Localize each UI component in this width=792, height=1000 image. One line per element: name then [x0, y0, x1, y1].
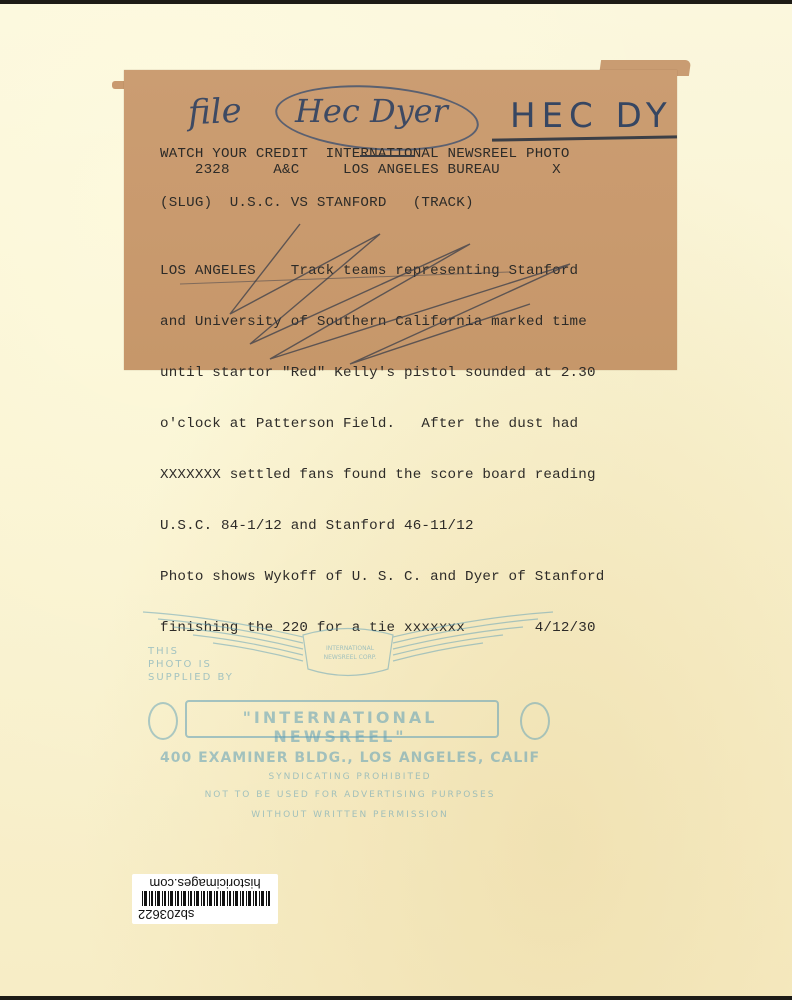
stamp-permission: WITHOUT WRITTEN PERMISSION — [145, 810, 555, 820]
stamp-scroll-left — [148, 702, 178, 740]
caption-line: Photo shows Wykoff of U. S. C. and Dyer … — [160, 569, 604, 586]
archive-id: sbz03622 — [138, 907, 278, 922]
photo-back-paper: file Hec Dyer HEC DY WATCH YOUR CREDIT I… — [0, 4, 792, 996]
caption-slug: (SLUG) U.S.C. VS STANFORD (TRACK) — [160, 195, 474, 212]
caption-header-line2: 2328 A&C LOS ANGELES BUREAU X — [160, 162, 561, 179]
caption-line: U.S.C. 84-1/12 and Stanford 46-11/12 — [160, 518, 604, 535]
stamp-syndicating: SYNDICATING PROHIBITED — [145, 772, 555, 782]
stamp-scroll-right — [520, 702, 550, 740]
stamp-address: 400 EXAMINER BLDG., LOS ANGELES, CALIF — [145, 750, 555, 766]
barcode-icon — [140, 891, 270, 906]
caption-line: XXXXXXX settled fans found the score boa… — [160, 467, 604, 484]
caption-line: o'clock at Patterson Field. After the du… — [160, 416, 604, 433]
stamp-usage-restriction: NOT TO BE USED FOR ADVERTISING PURPOSES — [145, 790, 555, 800]
pencil-scribble — [150, 214, 690, 374]
handwritten-caps-name: HEC DY — [510, 96, 675, 136]
archive-barcode-label: sbz03622 historicimages.com — [132, 874, 278, 924]
stamp-shield-text: INTERNATIONAL NEWSREEL CORP. — [300, 644, 400, 662]
stamp-supplied-by: THIS PHOTO IS SUPPLIED BY — [148, 645, 234, 684]
handwritten-name: Hec Dyer — [295, 92, 448, 130]
archive-site: historicimages.com — [132, 876, 278, 891]
strikethrough — [360, 155, 415, 157]
handwritten-file-note: file — [187, 91, 243, 134]
stamp-banner-text: "INTERNATIONAL NEWSREEL" — [190, 708, 490, 746]
